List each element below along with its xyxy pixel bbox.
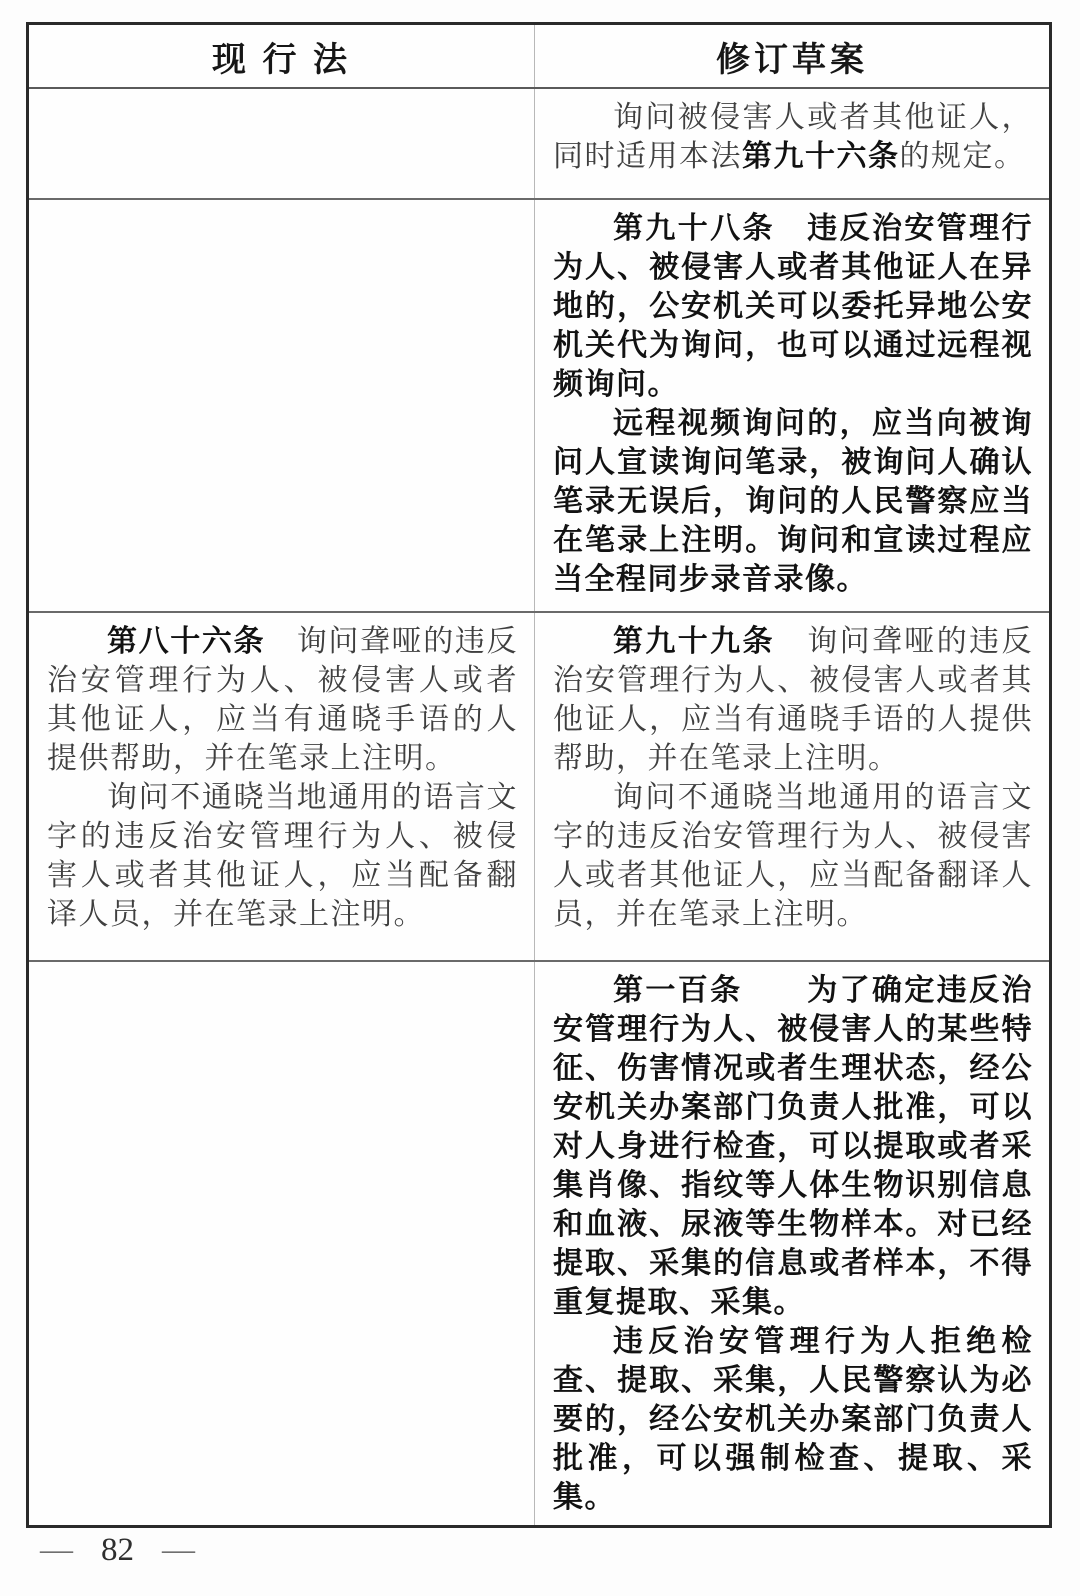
cell-revision-draft: 第九十九条 询问聋哑的违反治安管理行为人、被侵害人或者其他证人，应当有通晓手语的… xyxy=(535,613,1049,960)
header-revision-draft: 修订草案 xyxy=(535,25,1049,87)
text-segment: 远程视频询问的，应当向被询问人宣读询问笔录，被询问人确认笔录无误后，询问的人民警… xyxy=(553,407,1033,596)
cell-revision-draft: 询问被侵害人或者其他证人，同时适用本法第九十六条的规定。 xyxy=(535,89,1049,198)
cell-current-law xyxy=(29,200,535,611)
paragraph: 第九十九条 询问聋哑的违反治安管理行为人、被侵害人或者其他证人，应当有通晓手语的… xyxy=(553,622,1033,778)
footer-dash-right: — xyxy=(162,1532,195,1569)
paragraph: 询问不通晓当地通用的语言文字的违反治安管理行为人、被侵害人或者其他证人，应当配备… xyxy=(47,778,518,934)
text-segment: 为了确定违反治安管理行为人、被侵害人的某些特征、伤害情况或者生理状态，经公安机关… xyxy=(553,974,1033,1319)
paragraph: 第九十八条 违反治安管理行为人、被侵害人或者其他证人在异地的，公安机关可以委托异… xyxy=(553,209,1033,404)
paragraph: 询问被侵害人或者其他证人，同时适用本法第九十六条的规定。 xyxy=(553,98,1033,176)
table-row: 第九十八条 违反治安管理行为人、被侵害人或者其他证人在异地的，公安机关可以委托异… xyxy=(29,200,1049,613)
footer-dash-left: — xyxy=(40,1532,73,1569)
cell-revision-draft: 第九十八条 违反治安管理行为人、被侵害人或者其他证人在异地的，公安机关可以委托异… xyxy=(535,200,1049,611)
article-number: 第九十八条 xyxy=(613,212,775,245)
table-rows: 询问被侵害人或者其他证人，同时适用本法第九十六条的规定。第九十八条 违反治安管理… xyxy=(29,89,1049,1525)
comparison-table: 现 行 法 修订草案 询问被侵害人或者其他证人，同时适用本法第九十六条的规定。第… xyxy=(26,22,1052,1528)
text-segment: 的规定。 xyxy=(900,140,1026,173)
paragraph: 第一百条 为了确定违反治安管理行为人、被侵害人的某些特征、伤害情况或者生理状态，… xyxy=(553,971,1033,1322)
table-row: 第一百条 为了确定违反治安管理行为人、被侵害人的某些特征、伤害情况或者生理状态，… xyxy=(29,962,1049,1525)
document-page: 现 行 法 修订草案 询问被侵害人或者其他证人，同时适用本法第九十六条的规定。第… xyxy=(0,0,1080,1596)
cell-current-law: 第八十六条 询问聋哑的违反治安管理行为人、被侵害人或者其他证人，应当有通晓手语的… xyxy=(29,613,535,960)
cell-current-law xyxy=(29,89,535,198)
article-number: 第八十六条 xyxy=(107,625,265,658)
article-number: 第九十九条 xyxy=(613,625,775,658)
paragraph: 违反治安管理行为人拒绝检查、提取、采集，人民警察认为必要的，经公安机关办案部门负… xyxy=(553,1322,1033,1517)
table-row: 询问被侵害人或者其他证人，同时适用本法第九十六条的规定。 xyxy=(29,89,1049,200)
page-footer: — 82 — xyxy=(40,1532,195,1569)
article-number: 第九十六条 xyxy=(742,140,900,173)
article-number: 第一百条 xyxy=(613,974,743,1007)
cell-current-law xyxy=(29,962,535,1525)
header-current-law: 现 行 法 xyxy=(29,25,535,87)
cell-revision-draft: 第一百条 为了确定违反治安管理行为人、被侵害人的某些特征、伤害情况或者生理状态，… xyxy=(535,962,1049,1525)
page-number: 82 xyxy=(101,1532,134,1569)
table-row: 第八十六条 询问聋哑的违反治安管理行为人、被侵害人或者其他证人，应当有通晓手语的… xyxy=(29,613,1049,962)
text-segment: 询问不通晓当地通用的语言文字的违反治安管理行为人、被侵害人或者其他证人，应当配备… xyxy=(553,781,1033,931)
paragraph: 询问不通晓当地通用的语言文字的违反治安管理行为人、被侵害人或者其他证人，应当配备… xyxy=(553,778,1033,934)
paragraph: 远程视频询问的，应当向被询问人宣读询问笔录，被询问人确认笔录无误后，询问的人民警… xyxy=(553,404,1033,599)
table-header-row: 现 行 法 修订草案 xyxy=(29,25,1049,89)
paragraph: 第八十六条 询问聋哑的违反治安管理行为人、被侵害人或者其他证人，应当有通晓手语的… xyxy=(47,622,518,778)
text-segment: 违反治安管理行为人拒绝检查、提取、采集，人民警察认为必要的，经公安机关办案部门负… xyxy=(553,1325,1033,1514)
text-segment: 询问不通晓当地通用的语言文字的违反治安管理行为人、被侵害人或者其他证人，应当配备… xyxy=(47,781,518,931)
